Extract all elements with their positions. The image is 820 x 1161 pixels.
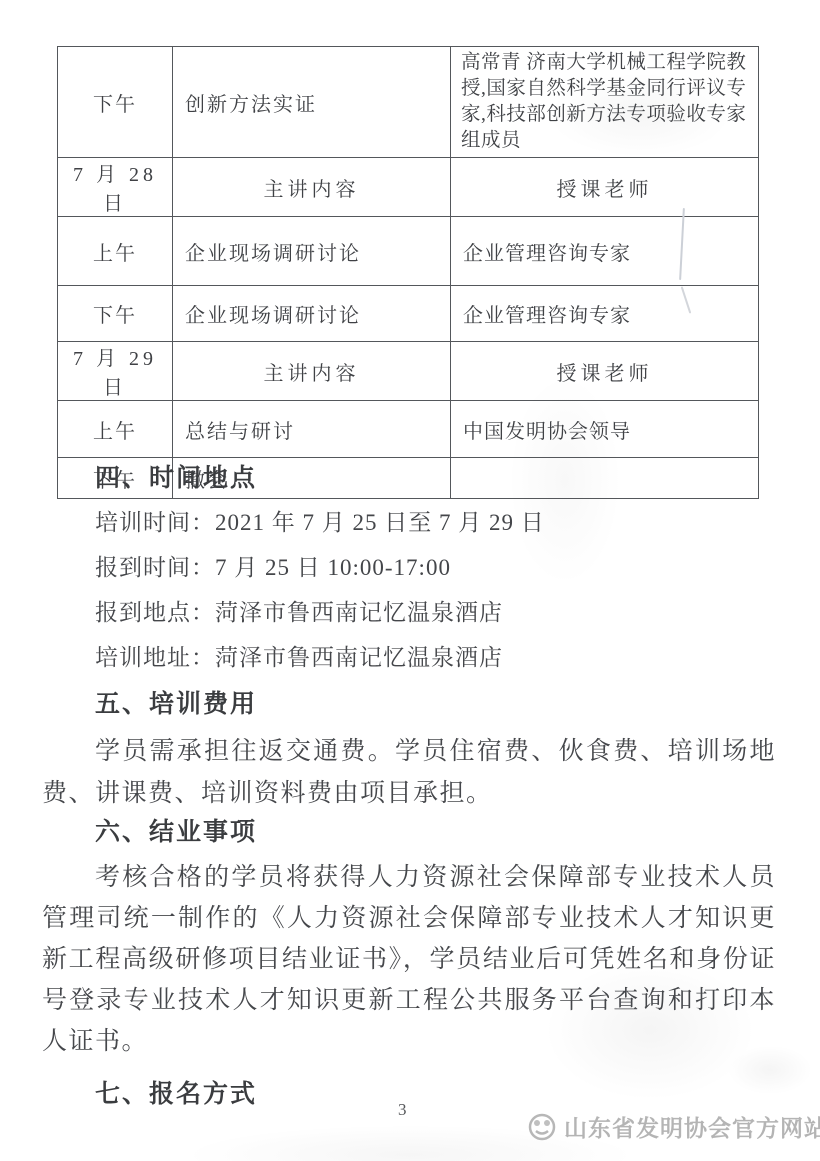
teacher-header-cell: 授课老师: [451, 158, 759, 217]
topic-cell: 企业现场调研讨论: [173, 286, 451, 342]
period-cell: 下午: [58, 47, 173, 158]
period-cell: 上午: [58, 401, 173, 458]
teacher-cell: 高常青 济南大学机械工程学院教授,国家自然科学基金同行评议专家,科技部创新方法专…: [451, 47, 759, 158]
table-row: 上午 总结与研讨 中国发明协会领导: [58, 401, 759, 458]
section-heading-completion: 六、结业事项: [95, 816, 776, 848]
watermark: 山东省发明协会官方网站: [527, 1110, 820, 1143]
section-heading-training-fee: 五、培训费用: [95, 688, 776, 720]
topic-cell: 总结与研讨: [173, 401, 451, 458]
training-fee-paragraph: 学员需承担往返交通费。学员住宿费、伙食费、培训场地费、讲课费、培训资料费由项目承…: [42, 731, 776, 815]
checkin-time-line: 报到时间：7 月 25 日 10:00-17:00: [95, 552, 776, 584]
section-heading-registration: 七、报名方式: [95, 1078, 776, 1110]
table-date-header-row: 7 月 29 日 主讲内容 授课老师: [58, 342, 759, 401]
document-body: 四、时间地点 培训时间：2021 年 7 月 25 日至 7 月 29 日 报到…: [42, 462, 776, 1110]
date-cell: 7 月 28 日: [58, 158, 173, 217]
completion-paragraph: 考核合格的学员将获得人力资源社会保障部专业技术人员管理司统一制作的《人力资源社会…: [42, 857, 776, 1062]
date-cell: 7 月 29 日: [58, 342, 173, 401]
period-cell: 上午: [58, 217, 173, 286]
training-time-line: 培训时间：2021 年 7 月 25 日至 7 月 29 日: [95, 507, 776, 539]
topic-header-cell: 主讲内容: [173, 158, 451, 217]
teacher-cell: 中国发明协会领导: [451, 401, 759, 458]
teacher-cell: 企业管理咨询专家: [451, 217, 759, 286]
topic-header-cell: 主讲内容: [173, 342, 451, 401]
table-row: 下午 创新方法实证 高常青 济南大学机械工程学院教授,国家自然科学基金同行评议专…: [58, 47, 759, 158]
page-number: 3: [398, 1100, 407, 1120]
scanned-document-page: { "table": { "rows": [ { "c1": "下午", "c2…: [0, 0, 820, 1161]
checkin-place-line: 报到地点：菏泽市鲁西南记忆温泉酒店: [95, 597, 776, 629]
training-address-line: 培训地址：菏泽市鲁西南记忆温泉酒店: [95, 642, 776, 674]
watermark-text: 山东省发明协会官方网站: [564, 1110, 820, 1143]
training-schedule-table: 下午 创新方法实证 高常青 济南大学机械工程学院教授,国家自然科学基金同行评议专…: [57, 46, 759, 499]
association-logo-icon: [527, 1112, 557, 1142]
teacher-header-cell: 授课老师: [451, 342, 759, 401]
period-cell: 下午: [58, 286, 173, 342]
table-row: 下午 企业现场调研讨论 企业管理咨询专家: [58, 286, 759, 342]
section-heading-time-location: 四、时间地点: [95, 462, 776, 494]
topic-cell: 创新方法实证: [173, 47, 451, 158]
topic-cell: 企业现场调研讨论: [173, 217, 451, 286]
table-row: 上午 企业现场调研讨论 企业管理咨询专家: [58, 217, 759, 286]
table-date-header-row: 7 月 28 日 主讲内容 授课老师: [58, 158, 759, 217]
teacher-cell: 企业管理咨询专家: [451, 286, 759, 342]
